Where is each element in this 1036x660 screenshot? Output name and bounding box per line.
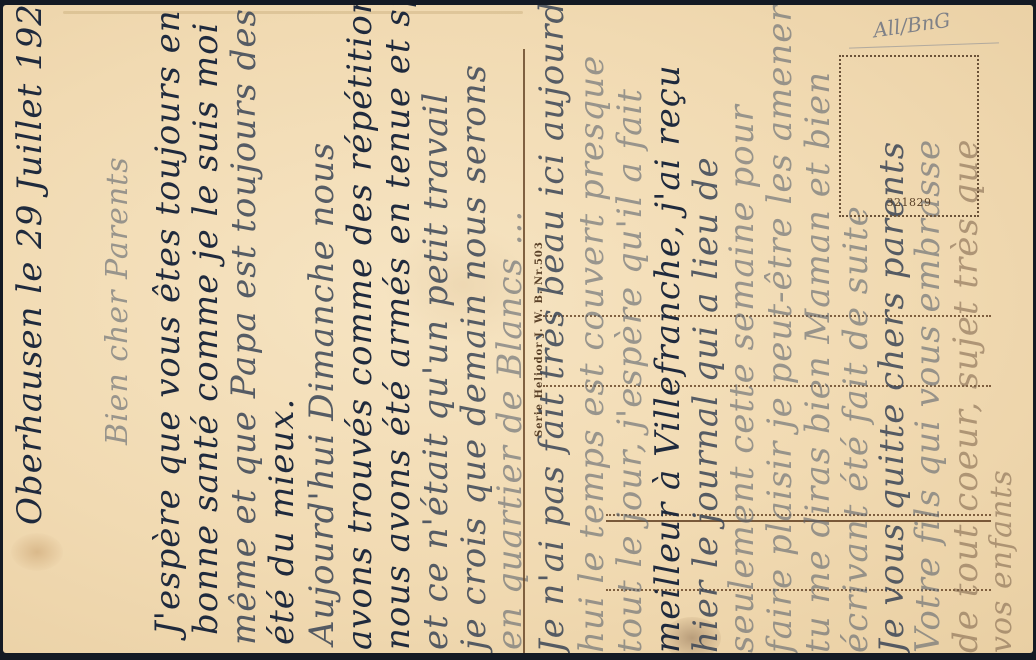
handwritten-line: Aujourd'hui Dimanche nous [305, 142, 339, 645]
handwritten-line: écrivant été fait de suite [839, 205, 873, 653]
handwritten-salutation: Bien cher Parents [103, 156, 133, 445]
handwritten-line: hier le journal qui a lieu de [689, 156, 723, 653]
handwritten-line: avons trouvés comme des répétitions [343, 5, 377, 650]
pencil-underline [849, 42, 999, 48]
handwritten-line: été du mieux. [265, 398, 299, 645]
stamp-box-number: 321829 [841, 196, 977, 209]
stamp-placeholder-box: 321829 [839, 55, 979, 217]
handwritten-line: faire plaisir je peut-être les amener [763, 5, 797, 653]
handwritten-line: je crois que demain nous serons [457, 64, 491, 650]
handwritten-line: J'espère que vous êtes toujours en [151, 9, 185, 635]
handwritten-line: bonne santé comme je le suis moi [189, 22, 223, 635]
handwritten-line: hui le temps est couvert presque [575, 55, 609, 653]
center-divider-line [523, 49, 525, 653]
handwritten-line: tu me diras bien Maman et bien [801, 71, 835, 653]
handwritten-line: nous avons été armés en tenue et sport [381, 5, 415, 650]
handwritten-line: et ce n'était qu'un petit travail [419, 92, 453, 650]
pencil-annotation: All/BnG [872, 8, 952, 43]
handwritten-line: Je vous quitte chers parents [875, 141, 909, 653]
handwritten-line: vos enfants [987, 469, 1017, 653]
postcard-back: Oberhausen le 29 Juillet 1923 Bien cher … [3, 5, 1033, 653]
paper-crease [63, 11, 523, 14]
handwritten-line: en quartier de Blancs ... [493, 210, 527, 650]
handwritten-dateline: Oberhausen le 29 Juillet 1923 [13, 5, 47, 525]
handwritten-line: meilleur à Villefranche, j'ai reçu [651, 64, 685, 653]
handwritten-line: même et que Papa est toujours des [227, 8, 261, 645]
handwritten-line: tout le jour, j'espère qu'il a fait [613, 88, 647, 653]
handwritten-line: seulement cette semaine pour [725, 104, 759, 653]
handwritten-line: Je n'ai pas fait très beau ici aujourd' [535, 5, 569, 653]
stain-spot [11, 533, 63, 571]
